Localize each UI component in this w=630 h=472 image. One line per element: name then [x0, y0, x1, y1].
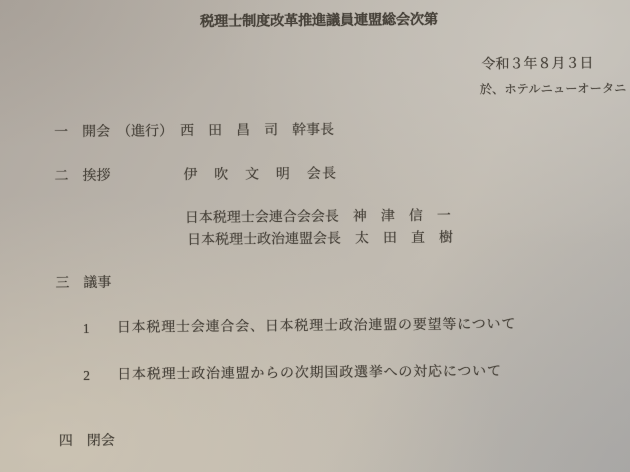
agenda-item-greeting-label: 二 挨拶: [54, 170, 110, 184]
doc-title: 税理士制度改革推進議員連盟総会次第: [200, 13, 438, 29]
agenda-subitem-number: 2: [83, 369, 90, 383]
agenda-subitem-text: 日本税理士政治連盟からの次期国政選挙への対応について: [117, 365, 502, 382]
document-photo: 税理士制度改革推進議員連盟総会次第 令和３年８月３日 於、ホテルニューオータニ …: [0, 0, 630, 472]
agenda-item-closing: 四 閉会: [59, 435, 115, 449]
doc-venue: 於、ホテルニューオータニ: [480, 82, 627, 96]
agenda-document: 税理士制度改革推進議員連盟総会次第 令和３年８月３日 於、ホテルニューオータニ …: [0, 0, 630, 472]
agenda-subitem-number: 1: [83, 322, 90, 336]
doc-date: 令和３年８月３日: [481, 58, 593, 73]
attendee-line: 日本税理士会連合会会長 神 津 信 一: [185, 210, 451, 226]
agenda-item-opening: 一 開会 （進行） 西 田 昌 司 幹事長: [54, 124, 334, 140]
attendee-line: 日本税理士政治連盟会長 太 田 直 樹: [187, 232, 453, 248]
agenda-item-greeting-speaker: 伊 吹 文 明 会長: [183, 168, 337, 183]
agenda-subitem-text: 日本税理士会連合会、日本税理士政治連盟の要望等について: [117, 318, 516, 335]
agenda-item-proceedings-label: 三 議事: [55, 277, 111, 291]
